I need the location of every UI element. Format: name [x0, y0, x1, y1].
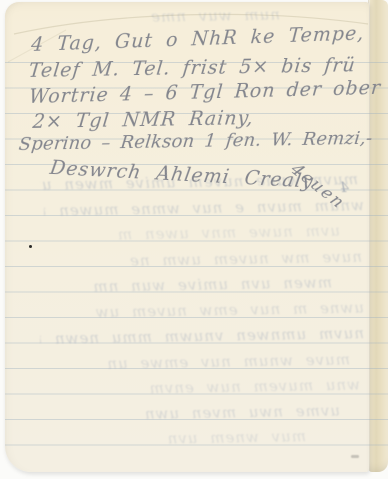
scanned-notebook-photo: num wuv nme muvn wune nuvem umive mwen u…: [0, 0, 388, 479]
bleedthrough-line: uvm nuwe mnv uwen m: [70, 221, 340, 248]
ink-dot: [29, 245, 32, 248]
bleedthrough-line: muv wnem uvn: [96, 426, 306, 452]
smudge-mark: [351, 455, 359, 458]
bleedthrough-line: nuve mw nuvem uwm ne: [100, 247, 362, 274]
page-edge-strip: [368, 0, 388, 472]
